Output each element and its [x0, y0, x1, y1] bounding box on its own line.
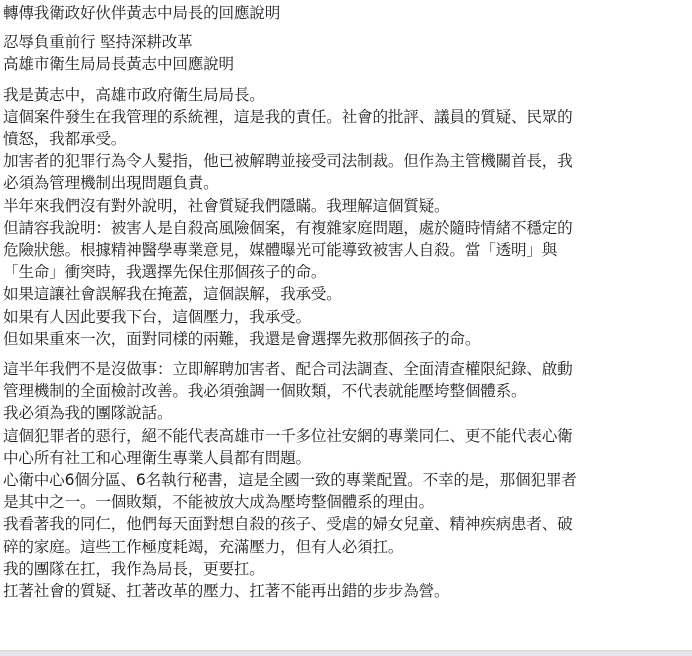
text-line: 但請容我說明：被害人是自殺高風險個案，有複雜家庭問題，處於隨時情緒不穩定的: [3, 217, 687, 239]
statement-paragraph-2: 這半年我們不是沒做事：立即解聘加害者、配合司法調查、全面清查權限紀錄、啟動 管理…: [3, 358, 687, 602]
statement-title: 忍辱負重前行 堅持深耕改革: [3, 31, 687, 53]
bottom-divider: [0, 650, 692, 656]
text-line: 但如果重來一次，面對同樣的兩難，我還是會選擇先救那個孩子的命。: [3, 328, 687, 350]
text-line: 這半年我們不是沒做事：立即解聘加害者、配合司法調查、全面清查權限紀錄、啟動: [3, 358, 687, 380]
text-line: 這個犯罪者的惡行，絕不能代表高雄市一千多位社安網的專業同仁、更不能代表心衛: [3, 425, 687, 447]
text-line: 扛著社會的質疑、扛著改革的壓力、扛著不能再出錯的步步為營。: [3, 580, 687, 602]
text-line: 是其中之一。一個敗類，不能被放大成為壓垮整個體系的理由。: [3, 491, 687, 513]
text-line: 我的團隊在扛，我作為局長，更要扛。: [3, 558, 687, 580]
statement-heading-paragraph: 忍辱負重前行 堅持深耕改革 高雄市衛生局局長黃志中回應說明: [3, 31, 687, 75]
share-intro-line: 轉傳我衛政好伙伴黃志中局長的回應說明: [3, 2, 687, 24]
share-intro-paragraph: 轉傳我衛政好伙伴黃志中局長的回應說明: [3, 2, 687, 24]
statement-subtitle: 高雄市衛生局局長黃志中回應說明: [3, 53, 687, 75]
text-line: 加害者的犯罪行為令人髮指，他已被解聘並接受司法制裁。但作為主管機關首長，我: [3, 150, 687, 172]
text-line: 「生命」衝突時，我選擇先保住那個孩子的命。: [3, 261, 687, 283]
text-line: 這個案件發生在我管理的系統裡，這是我的責任。社會的批評、議員的質疑、民眾的: [3, 106, 687, 128]
statement-paragraph-1: 我是黃志中，高雄市政府衛生局局長。 這個案件發生在我管理的系統裡，這是我的責任。…: [3, 84, 687, 350]
text-line: 如果這讓社會誤解我在掩蓋，這個誤解，我承受。: [3, 283, 687, 305]
text-line: 我看著我的同仁，他們每天面對想自殺的孩子、受虐的婦女兒童、精神疾病患者、破: [3, 513, 687, 535]
text-line: 必須為管理機制出現問題負責。: [3, 172, 687, 194]
text-line: 我必須為我的團隊說話。: [3, 402, 687, 424]
text-line: 如果有人因此要我下台，這個壓力，我承受。: [3, 306, 687, 328]
text-line: 憤怒，我都承受。: [3, 128, 687, 150]
text-line: 心衛中心6個分區、6名執行秘書，這是全國一致的專業配置。不幸的是，那個犯罪者: [3, 469, 687, 491]
text-line: 我是黃志中，高雄市政府衛生局局長。: [3, 84, 687, 106]
text-line: 危險狀態。根據精神醫學專業意見，媒體曝光可能導致被害人自殺。當「透明」與: [3, 239, 687, 261]
text-line: 碎的家庭。這些工作極度耗竭，充滿壓力，但有人必須扛。: [3, 536, 687, 558]
post-body: 轉傳我衛政好伙伴黃志中局長的回應說明 忍辱負重前行 堅持深耕改革 高雄市衛生局局…: [3, 2, 687, 610]
text-line: 半年來我們沒有對外說明，社會質疑我們隱瞞。我理解這個質疑。: [3, 195, 687, 217]
text-line: 管理機制的全面檢討改善。我必須強調一個敗類，不代表就能壓垮整個體系。: [3, 380, 687, 402]
text-line: 中心所有社工和心理衛生專業人員都有問題。: [3, 447, 687, 469]
